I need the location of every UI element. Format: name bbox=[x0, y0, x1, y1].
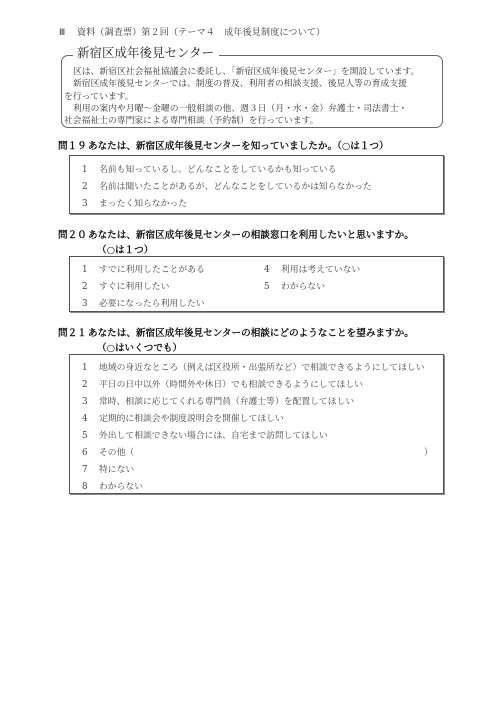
option-item[interactable]: 5外出して相談できない場合には、自宅まで訪問してほしい bbox=[82, 428, 328, 441]
info-paragraph: 区は、新宿区社会福祉協議会に委託し、「新宿区成年後見センター」を開設しています。 bbox=[64, 66, 440, 78]
section-header: Ⅲ資料（調査票）第２回（テーマ４ 成年後見制度について） bbox=[59, 25, 325, 38]
question-21-title: 問２１あなたは、新宿区成年後見センターの相談にどのようなことを望みますか。 bbox=[58, 325, 414, 339]
option-item-other[interactable]: 6その他（ bbox=[82, 445, 134, 458]
option-item[interactable]: 1地域の身近なところ（例えば区役所・出張所など）で相談できるようにしてほしい bbox=[82, 360, 425, 373]
option-item[interactable]: 4定期的に相談会や制度説明会を開催してほしい bbox=[82, 411, 284, 424]
question-text: あなたは、新宿区成年後見センターの相談窓口を利用したいと思いますか。 bbox=[88, 230, 414, 241]
option-item[interactable]: 1名前も知っているし、どんなことをしているかも知っている bbox=[82, 162, 337, 175]
option-item[interactable]: 3まったく知らなかった bbox=[82, 196, 187, 209]
info-box-title: 新宿区成年後見センター bbox=[73, 43, 219, 61]
question-21-options: 1地域の身近なところ（例えば区役所・出張所など）で相談できるようにしてほしい 2… bbox=[69, 354, 444, 494]
question-20-instruction: （○は１つ） bbox=[97, 242, 153, 256]
option-item[interactable]: 2名前は聞いたことがあるが、どんなことをしているかは知らなかった bbox=[82, 179, 372, 192]
info-paragraph: 利用の案内や月曜～金曜の一般相談の他、週３日（月・水・金）弁護士・司法書士・ bbox=[64, 103, 440, 115]
info-paragraph: を行っています。 bbox=[64, 91, 440, 103]
other-close-paren: ） bbox=[424, 445, 433, 458]
option-item[interactable]: 4利用は考えていない bbox=[264, 262, 360, 275]
option-item[interactable]: 1すでに利用したことがある bbox=[82, 262, 205, 275]
section-title: 資料（調査票）第２回（テーマ４ 成年後見制度について） bbox=[77, 28, 325, 38]
question-21-instruction: （○はいくつでも） bbox=[97, 340, 182, 354]
question-20-title: 問２０あなたは、新宿区成年後見センターの相談窓口を利用したいと思いますか。 bbox=[58, 227, 414, 241]
question-20-options: 1すでに利用したことがある 2すぐに利用したい 3必要になったら利用したい 4利… bbox=[69, 256, 444, 312]
question-number: 問２１ bbox=[58, 325, 88, 339]
info-paragraph: 社会福祉士の専門家による専門相談（予約制）を行っています。 bbox=[64, 115, 440, 127]
option-item[interactable]: 7特にない bbox=[82, 462, 134, 475]
option-item[interactable]: 8わからない bbox=[82, 479, 143, 492]
question-19-title: 問１９あなたは、新宿区成年後見センターを知っていましたか。（○は１つ） bbox=[58, 138, 389, 152]
question-text: あなたは、新宿区成年後見センターを知っていましたか。（○は１つ） bbox=[88, 141, 389, 152]
question-number: 問１９ bbox=[58, 138, 88, 152]
info-box-body: 区は、新宿区社会福祉協議会に委託し、「新宿区成年後見センター」を開設しています。… bbox=[64, 66, 440, 127]
info-paragraph: 新宿区成年後見センターでは、制度の普及、利用者の相談支援、後見人等の育成支援 bbox=[64, 78, 440, 90]
option-item[interactable]: 3必要になったら利用したい bbox=[82, 296, 205, 309]
option-item[interactable]: 2すぐに利用したい bbox=[82, 279, 169, 292]
question-number: 問２０ bbox=[58, 227, 88, 241]
option-item[interactable]: 2平日の日中以外（時間外や休日）でも相談できるようにしてほしい bbox=[82, 377, 363, 390]
option-item[interactable]: 3常時、相談に応じてくれる専門員（弁護士等）を配置してほしい bbox=[82, 394, 354, 407]
option-item[interactable]: 5わからない bbox=[264, 279, 325, 292]
question-text: あなたは、新宿区成年後見センターの相談にどのようなことを望みますか。 bbox=[88, 328, 414, 339]
section-roman-numeral: Ⅲ bbox=[59, 28, 77, 38]
question-19-options: 1名前も知っているし、どんなことをしているかも知っている 2名前は聞いたことがあ… bbox=[69, 155, 444, 214]
